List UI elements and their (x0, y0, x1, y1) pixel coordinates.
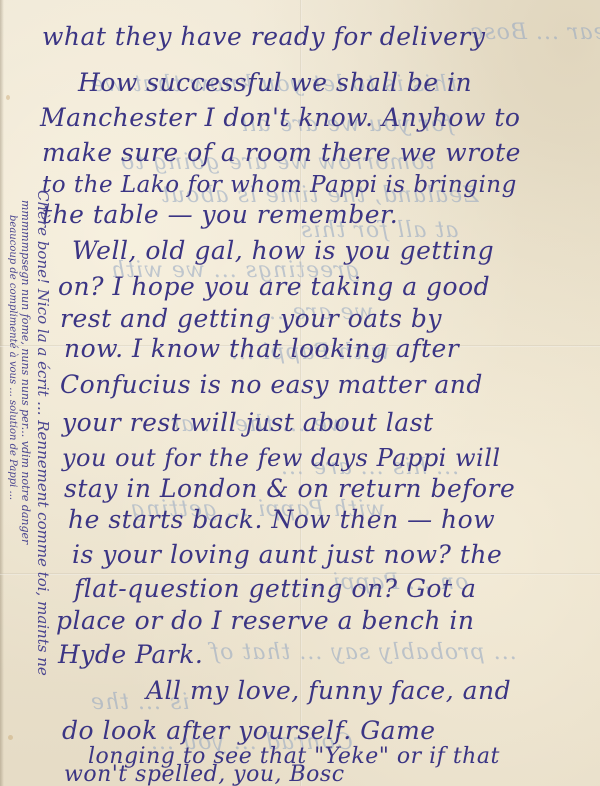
bleed-through-text: ... probably say ... that of (210, 640, 517, 665)
paper-stain (8, 735, 13, 740)
letter-line: All my love, funny face, and (146, 676, 511, 705)
letter-line: Hyde Park. (58, 640, 203, 669)
letter-line: won't spelled, you, Bosc (64, 762, 345, 786)
letter-page: Dear ... Bosc this is to let you know th… (0, 0, 600, 786)
letter-line: Confucius is no easy matter and (60, 370, 483, 399)
letter-line: place or do I reserve a bench in (56, 606, 475, 635)
letter-line: your rest will just about last (62, 408, 434, 437)
letter-line: you out for the few days Pappi will (62, 444, 501, 472)
paper-stain (6, 95, 10, 100)
letter-line: is your loving aunt just now? the (72, 540, 502, 569)
letter-line: to the Lako for whom Pappi is bringing (42, 172, 517, 198)
margin-note: beaucoup de complimenté à vous ... solut… (7, 215, 18, 500)
letter-line: what they have ready for delivery (42, 22, 486, 51)
letter-line: Manchester I don't know. Anyhow to (40, 103, 520, 132)
letter-line: the table — you remember. (42, 200, 398, 229)
bleed-through-text: Dear ... Bosc (470, 20, 600, 45)
letter-line: stay in London & on return before (64, 474, 515, 503)
letter-line: now. I know that looking after (64, 334, 459, 363)
letter-line: he starts back. Now then — how (68, 505, 495, 534)
letter-line: make sure of a room there we wrote (42, 138, 521, 167)
margin-note: mmmmmpsegn nun fome, nuns nuns per... vd… (19, 200, 32, 544)
letter-line: on? I hope you are taking a good (58, 272, 490, 301)
letter-line: do look after yourself. Game (62, 716, 436, 745)
margin-note: Chère bone! Nico la a écrit ... Rennemen… (34, 190, 52, 676)
letter-line: Well, old gal, how is you getting (72, 236, 494, 265)
letter-line: flat-question getting on? Got a (74, 574, 476, 603)
letter-line: rest and getting your oats by (60, 304, 442, 333)
letter-line: How successful we shall be in (78, 68, 472, 97)
